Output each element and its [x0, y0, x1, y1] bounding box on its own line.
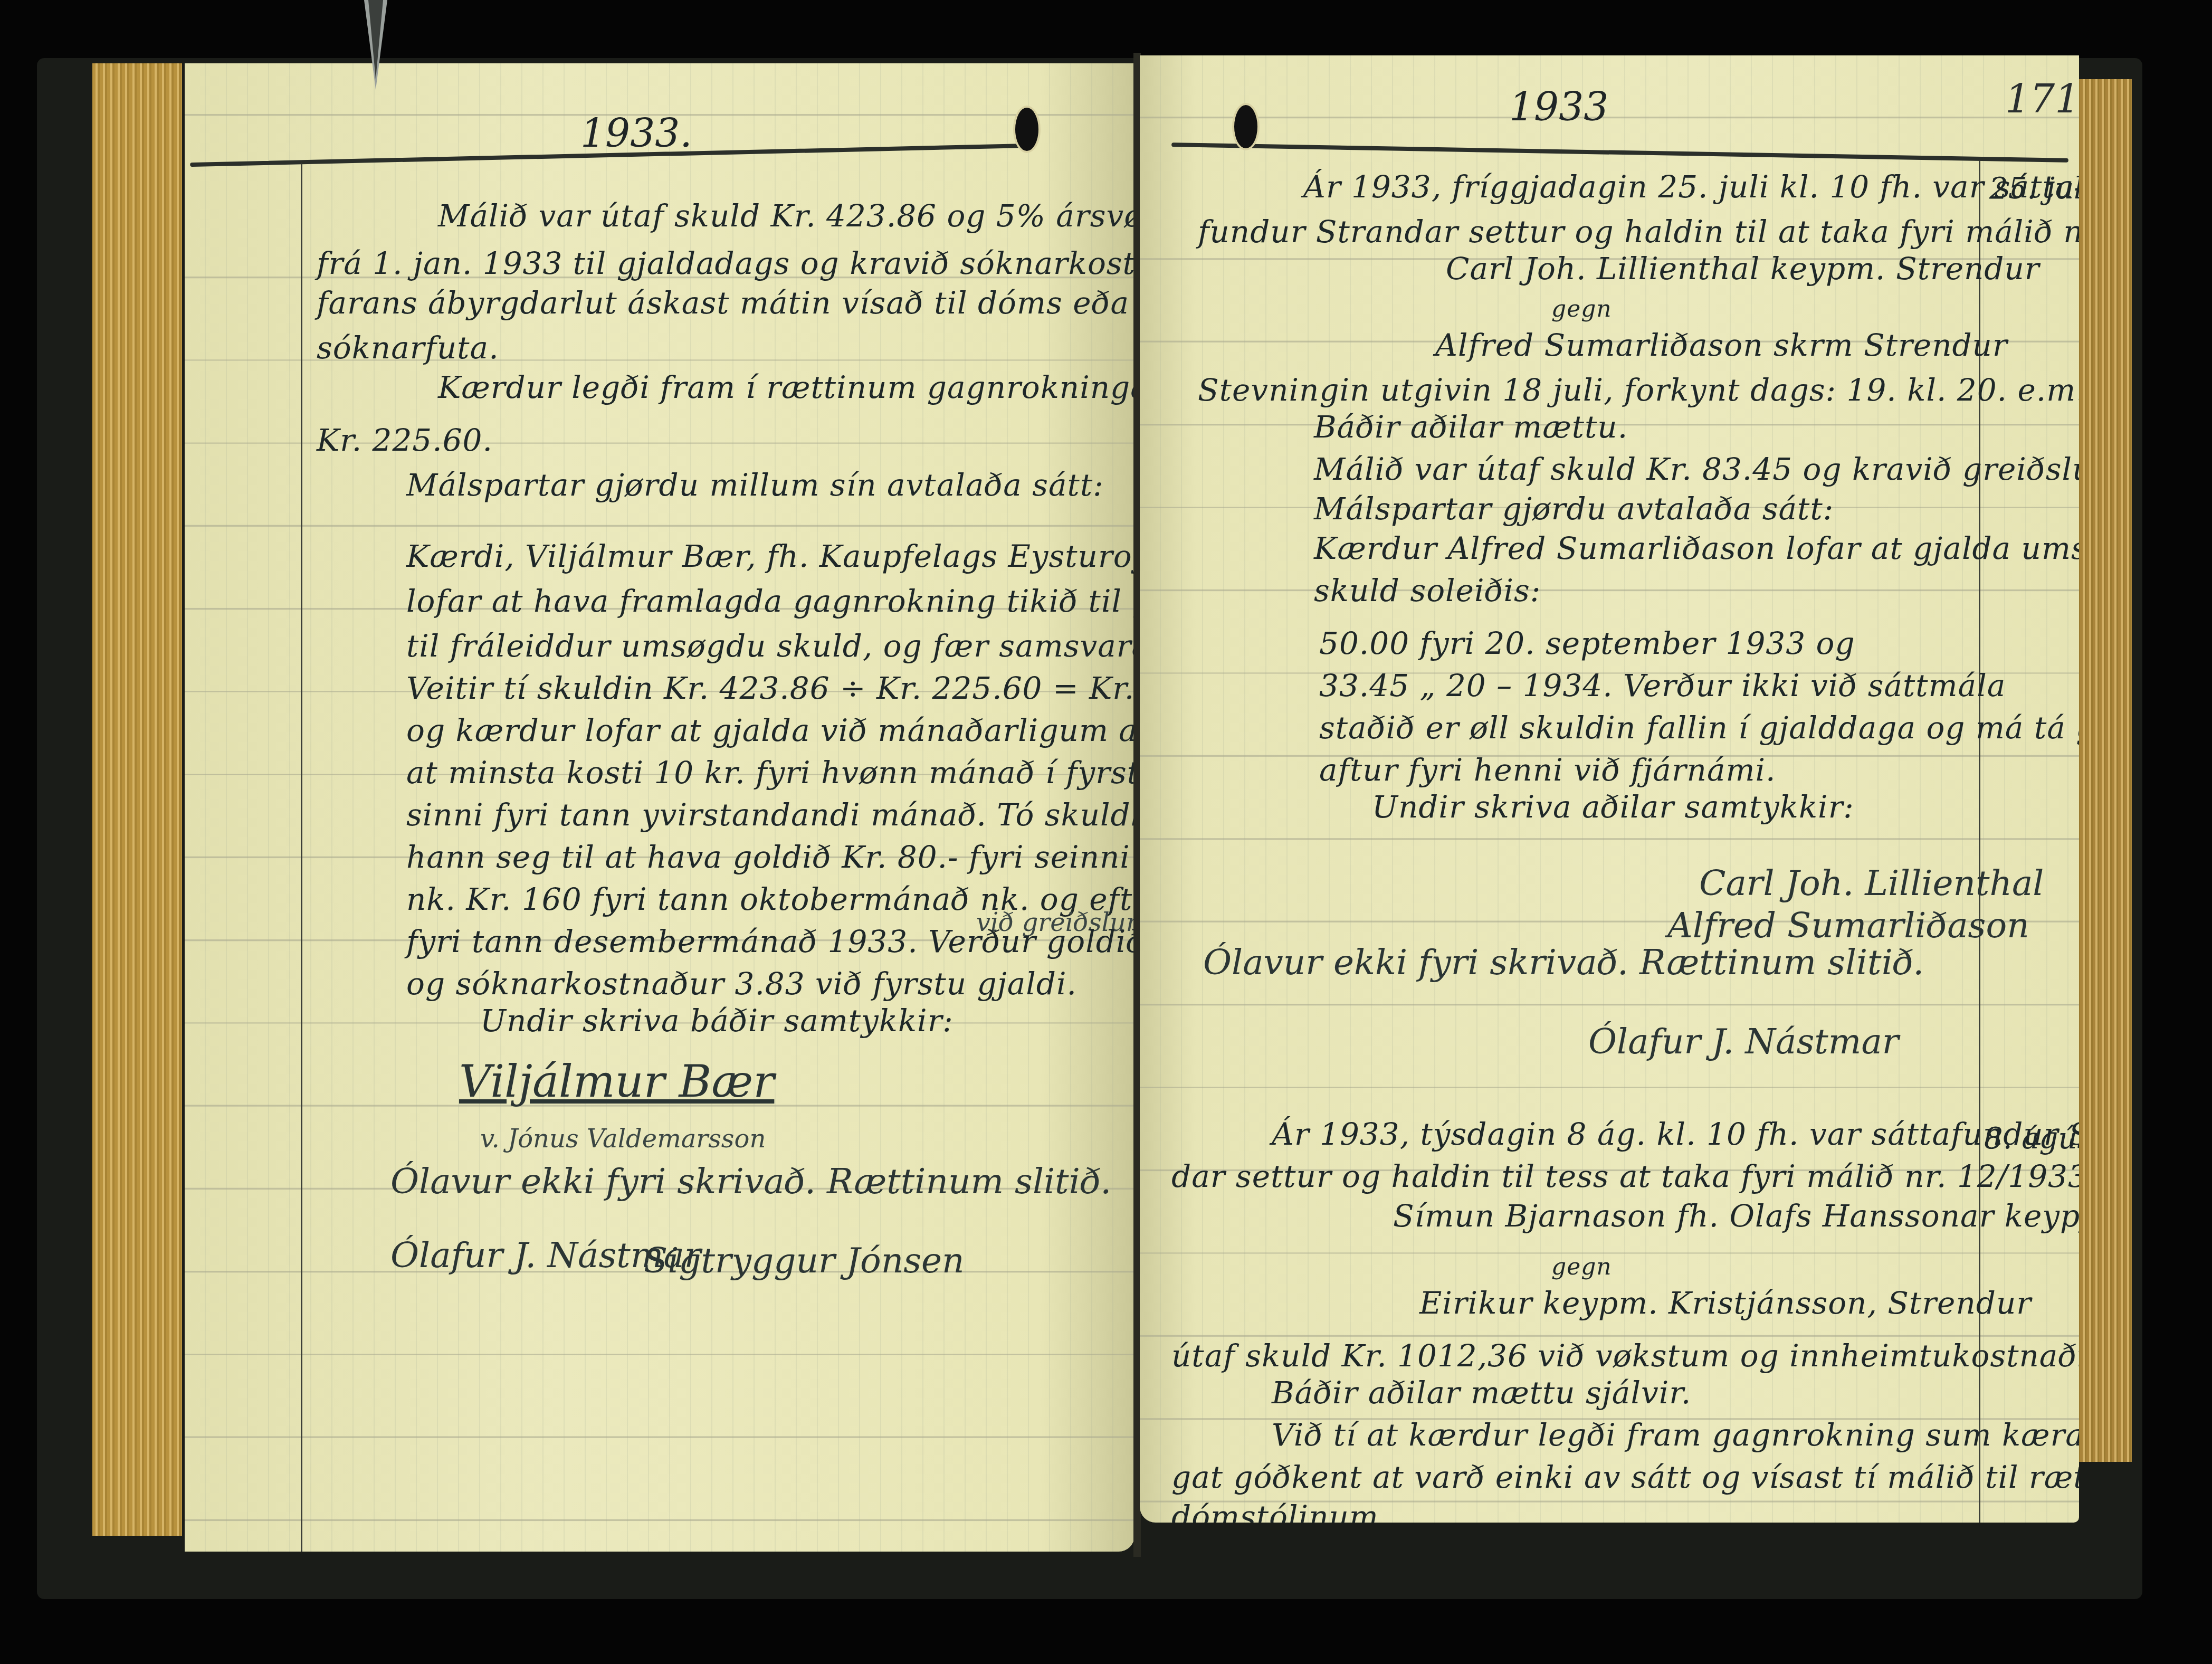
- text-line: Málið var útaf skuld Kr. 423.86 og 5% ár…: [438, 198, 1134, 234]
- text-line: gegn: [1551, 1253, 1612, 1280]
- text-line: at minsta kosti 10 kr. fyri hvønn mánað …: [406, 755, 1134, 791]
- text-line: Ár 1933, fríggjadagin 25. juli kl. 10 fh…: [1303, 169, 2079, 205]
- text-line: Báðir aðilar mættu sjálvir.: [1272, 1375, 1691, 1411]
- text-line: og kærdur lofar at gjalda við mánaðarlig…: [406, 712, 1134, 748]
- text-line: frá 1. jan. 1933 til gjaldadags og kravi…: [317, 245, 1134, 281]
- text-line: Málspartar gjørdu millum sín avtalaða sá…: [406, 467, 1104, 503]
- text-line: Ár 1933, týsdagin 8 ág. kl. 10 fh. var s…: [1272, 1116, 2079, 1152]
- text-line: Símun Bjarnason fh. Olafs Hanssonar keyp…: [1393, 1198, 2079, 1234]
- text-line: Eirikur keypm. Kristjánsson, Strendur: [1419, 1285, 2032, 1321]
- text-line: sóknarfuta.: [317, 330, 499, 366]
- signature-judge: Ólafur J. Nástmar: [1588, 1021, 1899, 1062]
- text-line: sinni fyri tann yvirstandandi mánað. Tó …: [406, 797, 1134, 833]
- signature-lillienthal: Carl Joh. Lillienthal: [1699, 863, 2044, 904]
- text-line: skuld soleiðis:: [1314, 573, 1541, 608]
- year-header: 1933: [1509, 84, 1608, 130]
- year-header: 1933.: [580, 111, 692, 156]
- text-line: útaf skuld Kr. 1012,36 við vøkstum og in…: [1171, 1338, 2079, 1374]
- signature-viljalmur: Viljálmur Bær: [459, 1056, 774, 1107]
- text-line: aftur fyri henni við fjárnámi.: [1319, 752, 1776, 788]
- text-line: Kr. 225.60.: [317, 422, 493, 458]
- signature-sumarlidason: Alfred Sumarliðason: [1667, 905, 2029, 946]
- text-line: og sóknarkostnaður 3.83 við fyrstu gjald…: [406, 966, 1077, 1002]
- text-line: Undir skriva báðir samtykkir:: [480, 1003, 954, 1039]
- text-line: dómstólinum.: [1171, 1499, 1389, 1523]
- court-closing-note: Ólavur ekki fyri skrivað. Rættinum sliti…: [1203, 942, 1924, 983]
- text-line: Báðir aðilar mættu.: [1314, 409, 1628, 445]
- text-line: til fráleiddur umsøgdu skuld, og fær sam…: [406, 628, 1134, 664]
- right-page: 1933 171 25. juli Ár 1933, fríggjadagin …: [1140, 55, 2079, 1523]
- left-page-edges: [92, 63, 182, 1536]
- punch-hole: [1013, 106, 1041, 153]
- punch-hole: [1232, 103, 1260, 150]
- text-line: Alfred Sumarliðason skrm Strendur: [1435, 327, 2008, 363]
- text-line: lofar at hava framlagda gagnrokning tiki…: [406, 583, 1134, 619]
- text-line: fyri tann desembermánað 1933. Verður gol…: [406, 924, 1134, 959]
- court-closing-note: Ólavur ekki fyri skrivað. Rættinum sliti…: [390, 1161, 1111, 1202]
- text-line: Undir skriva aðilar samtykkir:: [1372, 789, 1854, 825]
- text-line: farans ábyrgdarlut áskast mátin vísað ti…: [317, 285, 1134, 321]
- text-line: 50.00 fyri 20. september 1933 og: [1319, 625, 1855, 661]
- page-separator-blade-inner: [368, 0, 383, 79]
- signature-sigtryggur: Sigtryggur Jónsen: [644, 1240, 965, 1281]
- text-line: Kærdur legði fram í rættinum gagnrokning…: [438, 369, 1134, 405]
- text-line: Carl Joh. Lillienthal keypm. Strendur: [1446, 251, 2040, 287]
- text-line: gat góðkent at varð einki av sátt og vís…: [1171, 1459, 2079, 1495]
- page-number: 171: [2005, 77, 2079, 122]
- left-page: 1933. Málið var útaf skuld Kr. 423.86 og…: [185, 63, 1134, 1552]
- text-line: Stevningin utgivin 18 juli, forkynt dags…: [1198, 372, 2079, 408]
- signature-witness: v. Jónus Valdemarsson: [480, 1124, 766, 1154]
- text-line: staðið er øll skuldin fallin í gjalddaga…: [1319, 710, 2079, 746]
- text-line: fundur Strandar settur og haldin til at …: [1198, 214, 2079, 250]
- text-line: Kærdur Alfred Sumarliðason lofar at gjal…: [1314, 530, 2079, 566]
- text-line: 33.45 „ 20 – 1934. Verður ikki við sáttm…: [1319, 668, 2006, 703]
- text-line: gegn: [1551, 296, 1612, 322]
- text-line: dar settur og haldin til tess at taka fy…: [1171, 1158, 2079, 1194]
- text-line: Málspartar gjørdu avtalaða sátt:: [1314, 491, 1834, 527]
- text-line: hann seg til at hava goldið Kr. 80.- fyr…: [406, 839, 1134, 875]
- text-line: Við tí at kærdur legði fram gagnrokning …: [1272, 1417, 2079, 1453]
- right-page-edges: [2074, 79, 2132, 1462]
- margin-line: [301, 164, 302, 1552]
- text-line: Veitir tí skuldin Kr. 423.86 ÷ Kr. 225.6…: [406, 670, 1134, 706]
- text-line: Kærdi, Viljálmur Bær, fh. Kaupfelags Eys…: [406, 538, 1134, 574]
- text-line: Málið var útaf skuld Kr. 83.45 og kravið…: [1314, 451, 2079, 487]
